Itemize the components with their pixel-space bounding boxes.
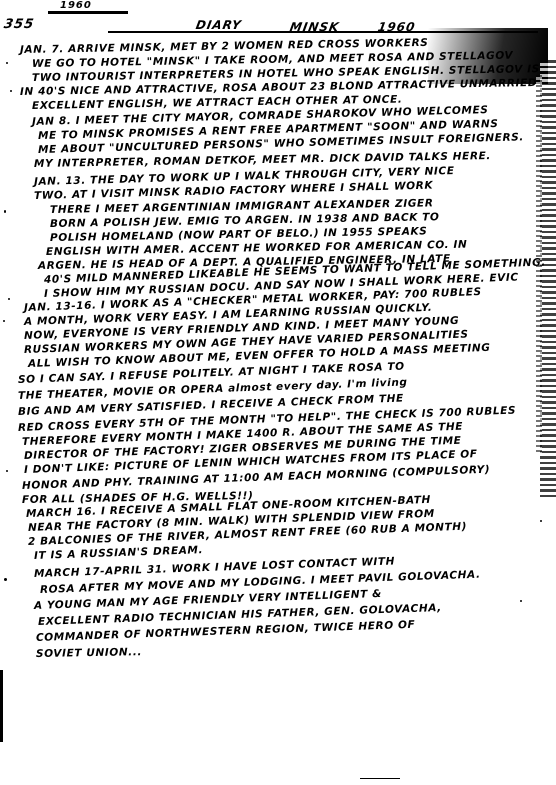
header-middle: MINSK [289,20,341,34]
top-mark: 1960 [60,0,92,11]
scan-speck [540,520,542,522]
scan-left-bar [0,670,3,742]
diary-line: SOVIET UNION... [36,646,142,660]
scan-speck [520,600,522,602]
scanned-diary-page: 1960 355 DIARY MINSK 1960 JAN. 7. ARRIVE… [0,0,556,785]
header-left: DIARY [195,18,243,32]
scan-speck [4,210,6,213]
page-number: 355 [3,17,36,32]
scan-speck [3,320,5,322]
scan-speck [8,298,10,300]
scan-speck [4,578,7,581]
header-right: 1960 [377,20,417,34]
scan-speck [360,778,400,779]
top-underline [48,11,128,14]
scan-edge-noise [540,60,556,500]
scan-speck [6,62,8,64]
scan-speck [10,90,12,92]
scan-speck [6,470,8,472]
